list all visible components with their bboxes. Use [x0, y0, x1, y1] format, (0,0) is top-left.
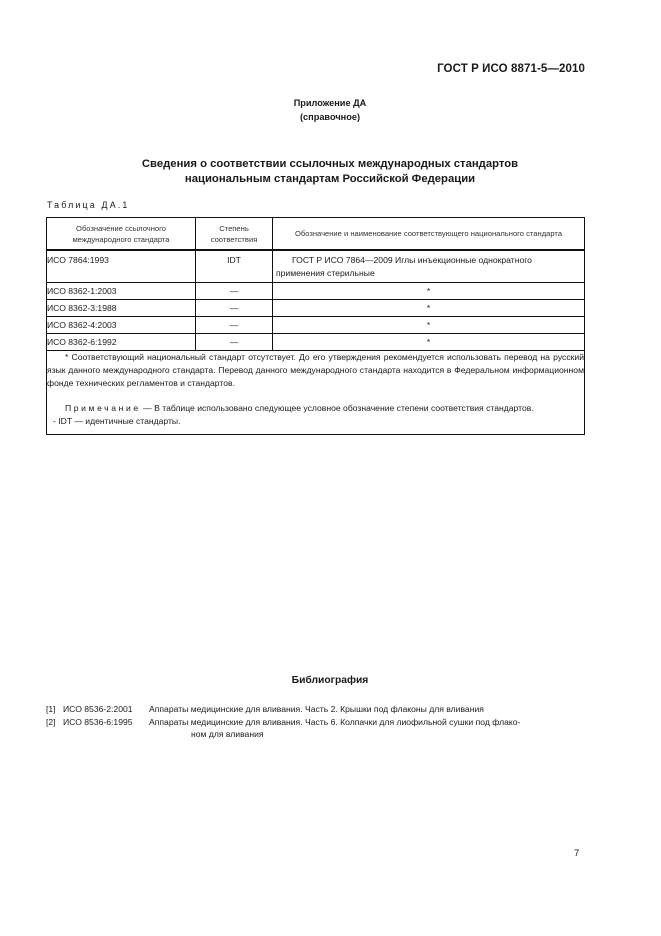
- table-notes: * Соответствующий национальный стандарт …: [47, 351, 585, 435]
- section-title-line-1: Сведения о соответствии ссылочных междун…: [60, 157, 600, 172]
- annex-heading: Приложение ДА (справочное): [200, 96, 460, 124]
- table-footnote: * Соответствующий национальный стандарт …: [47, 351, 584, 390]
- cell-degree: —: [196, 283, 273, 300]
- correspondence-table: Обозначение ссылочного международного ст…: [46, 217, 585, 435]
- bibliography-item: [1] ИСО 8536-2:2001 Аппараты медицинские…: [46, 703, 586, 716]
- bib-number: [1]: [46, 703, 63, 716]
- cell-intl-standard: ИСО 7864:1993: [47, 250, 196, 283]
- cell-intl-standard: ИСО 8362-1:2003: [47, 283, 196, 300]
- table-header-row: Обозначение ссылочного международного ст…: [47, 218, 585, 251]
- annex-title: Приложение ДА: [200, 96, 460, 110]
- header-national-standard: Обозначение и наименование соответствующ…: [273, 218, 585, 251]
- cell-national-standard: *: [273, 283, 585, 300]
- table-notes-row: * Соответствующий национальный стандарт …: [47, 351, 585, 435]
- document-code: ГОСТ Р ИСО 8871-5—2010: [420, 63, 585, 75]
- bib-text: Аппараты медицинские для вливания. Часть…: [149, 716, 586, 729]
- bib-code: ИСО 8536-2:2001: [63, 703, 149, 716]
- cell-intl-standard: ИСО 8362-6:1992: [47, 334, 196, 351]
- table-row: ИСО 8362-1:2003 — *: [47, 283, 585, 300]
- header-intl-standard: Обозначение ссылочного международного ст…: [47, 218, 196, 251]
- bib-text-continuation: ном для вливания: [46, 728, 586, 741]
- bib-text: Аппараты медицинские для вливания. Часть…: [149, 703, 586, 716]
- cell-degree: —: [196, 334, 273, 351]
- table-caption: Таблица ДА.1: [47, 200, 130, 210]
- table-row: ИСО 8362-4:2003 — *: [47, 317, 585, 334]
- bibliography-list: [1] ИСО 8536-2:2001 Аппараты медицинские…: [46, 703, 586, 741]
- cell-national-standard: *: [273, 317, 585, 334]
- bibliography-title: Библиография: [200, 675, 460, 686]
- cell-intl-standard: ИСО 8362-3:1988: [47, 300, 196, 317]
- cell-national-standard: ГОСТ Р ИСО 7864—2009 Иглы инъекционные о…: [273, 250, 585, 283]
- cell-national-standard: *: [273, 300, 585, 317]
- bib-number: [2]: [46, 716, 63, 729]
- note-text: — В таблице использовано следующее услов…: [143, 403, 534, 413]
- section-title: Сведения о соответствии ссылочных междун…: [60, 157, 600, 187]
- section-title-line-2: национальным стандартам Российской Федер…: [60, 172, 600, 187]
- cell-intl-standard: ИСО 8362-4:2003: [47, 317, 196, 334]
- table-row: ИСО 8362-3:1988 — *: [47, 300, 585, 317]
- table-row: ИСО 7864:1993 IDT ГОСТ Р ИСО 7864—2009 И…: [47, 250, 585, 283]
- cell-degree: —: [196, 300, 273, 317]
- page-number: 7: [574, 848, 579, 859]
- table-note: Примечание — В таблице использовано след…: [47, 402, 584, 415]
- header-degree: Степень соответствия: [196, 218, 273, 251]
- table-row: ИСО 8362-6:1992 — *: [47, 334, 585, 351]
- note-item: - IDT — идентичные стандарты.: [47, 415, 584, 428]
- bibliography-item: [2] ИСО 8536-6:1995 Аппараты медицинские…: [46, 716, 586, 729]
- cell-degree: IDT: [196, 250, 273, 283]
- annex-subtitle: (справочное): [200, 110, 460, 124]
- cell-degree: —: [196, 317, 273, 334]
- note-label: Примечание: [65, 403, 141, 413]
- cell-national-standard: *: [273, 334, 585, 351]
- bib-code: ИСО 8536-6:1995: [63, 716, 149, 729]
